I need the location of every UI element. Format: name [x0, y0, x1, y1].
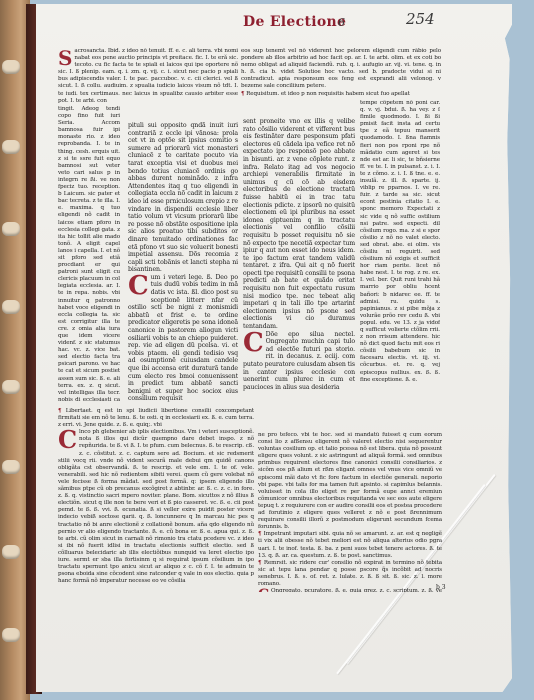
- gloss-left-column: tingit. Adeog tendi copo fino fuit iuri …: [58, 106, 120, 402]
- main-text-column-1: pituli sui opposito qndã inuit iuri cont…: [128, 122, 238, 402]
- gloss-text: Libertaet. q est in spi liudicii liberti…: [58, 408, 254, 428]
- decorated-initial: C: [128, 274, 149, 298]
- binding-cord: [2, 300, 20, 314]
- gloss-top-left: S acrosancta. Ibid. z ideo nõ tenuit. ff…: [58, 48, 238, 106]
- gloss-top-right: eos sup tenemt vel nõ viderent hoc pelor…: [241, 48, 441, 98]
- binding-cord: [2, 140, 20, 154]
- gloss-text: lnco ph glebenier ab iplis electionibus.…: [58, 429, 254, 584]
- binding-cord: [2, 60, 20, 74]
- pilcrow-icon: ¶: [241, 91, 244, 97]
- decorated-initial: C: [58, 429, 77, 451]
- folio-number: 254: [406, 10, 435, 28]
- manuscript-page: De Electione 6 254 S acrosancta. Ibid. z…: [36, 4, 512, 692]
- marginal-mark: 6: [338, 16, 345, 29]
- signature-mark: b 3: [436, 584, 446, 591]
- gloss-lower-right: ne pro tefeco. vbi te hoc. sed si mandat…: [258, 432, 442, 592]
- pilcrow-icon: ¶: [58, 408, 61, 414]
- binding-cord: [2, 628, 20, 642]
- gloss-text: tingit. Adeog tendi copo fino fuit iuri …: [58, 106, 120, 402]
- gloss-right-column: tempe cõpetem nõ poni car. q. v. vj. bdu…: [360, 100, 440, 402]
- gloss-item: Ongregato. pcuratore. ß. e. quia grez. z…: [271, 588, 442, 592]
- pilcrow-icon: ¶: [258, 560, 261, 566]
- gloss-text: acrosancta. Ibid. z ideo nõ tenuit. ff. …: [58, 48, 238, 104]
- gloss-item: Remrsit. sic ridere cur' consilio nõ exp…: [258, 560, 442, 587]
- binding-cord: [2, 222, 20, 236]
- binding-cord: [2, 545, 20, 559]
- main-text-column-2: sent proneite vno ex illis q velibe rato…: [243, 118, 355, 402]
- decorated-initial: C: [258, 588, 269, 592]
- main-text: sent proneite vno ex illis q velibe rato…: [243, 118, 355, 330]
- decorated-initial: C: [243, 331, 264, 355]
- running-head: De Electione: [243, 14, 346, 30]
- binding-cord: [2, 460, 20, 474]
- gloss-text: tempe cõpetem nõ poni car. q. v. vj. bdu…: [360, 100, 440, 383]
- gloss-lower-left: ¶ Libertaet. q est in spi liudicii liber…: [58, 408, 254, 594]
- decorated-initial: S: [58, 48, 72, 68]
- main-text: pituli sui opposito qndã inuit iuri cont…: [128, 122, 238, 273]
- gloss-item: Impetrant imputari sibi. quia nõ se amar…: [258, 531, 442, 558]
- pilcrow-icon: ¶: [258, 531, 261, 537]
- gloss-text: ne pro tefeco. vbi te hoc. sed si mandat…: [258, 432, 442, 530]
- gloss-text: eos sup tenemt vel nõ viderent hoc pelor…: [241, 48, 441, 89]
- gloss-text: Requisitum. et ideo p non requisitis hab…: [246, 91, 410, 97]
- binding-cord: [2, 380, 20, 394]
